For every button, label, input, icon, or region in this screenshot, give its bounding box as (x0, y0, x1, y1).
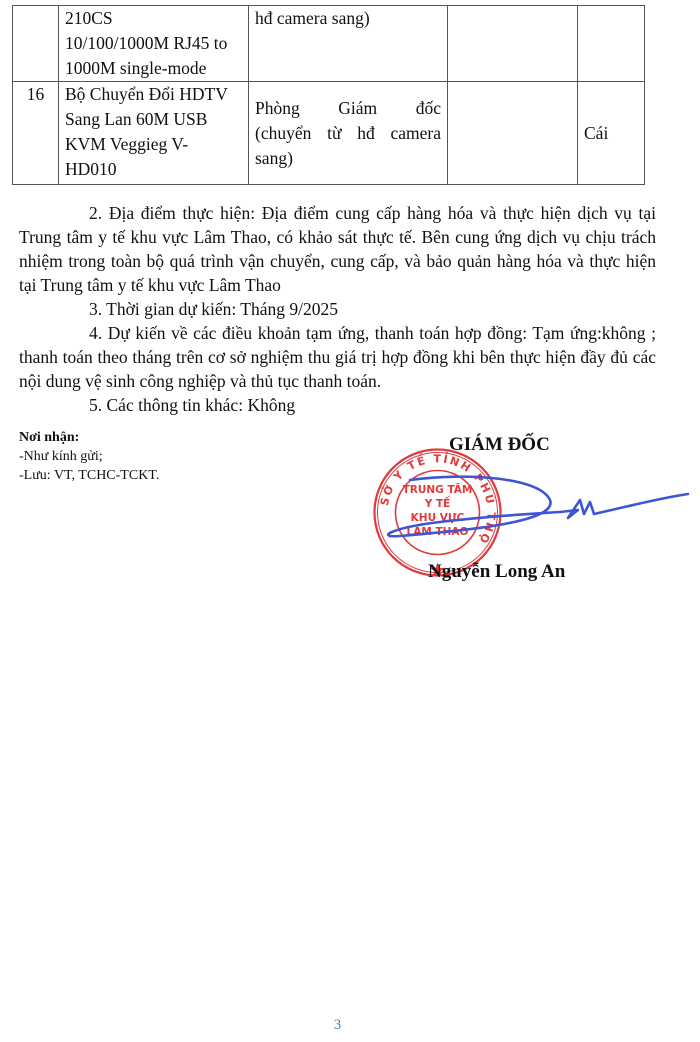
quantity-cell (448, 6, 578, 82)
location-cell: Phòng Giám đốc (chuyển từ hđ camera sang… (249, 82, 448, 185)
document-body: 2. Địa điểm thực hiện: Địa điểm cung cấp… (19, 201, 656, 417)
unit-cell (578, 6, 645, 82)
item-name-cell: Bộ Chuyển Đổi HDTV Sang Lan 60M USB KVM … (59, 82, 249, 185)
page-number: 3 (0, 1017, 675, 1034)
location-line: sang) (255, 146, 441, 171)
item-name-line: KVM Veggieg V- (65, 132, 242, 157)
stt-cell (13, 6, 59, 82)
item-name-line: Sang Lan 60M USB (65, 107, 242, 132)
location-line: Phòng Giám đốc (255, 96, 441, 121)
items-table: 210CS 10/100/1000M RJ45 to 1000M single-… (12, 5, 645, 185)
paragraph-payment-terms: 4. Dự kiến về các điều khoản tạm ứng, th… (19, 321, 656, 393)
location-line: hđ camera sang) (255, 6, 441, 31)
item-name-line: Bộ Chuyển Đổi HDTV (65, 82, 242, 107)
stt-cell: 16 (13, 82, 59, 185)
recipients-title: Nơi nhận: (19, 428, 159, 447)
location-line: (chuyển từ hđ camera (255, 121, 441, 146)
table-row: 16 Bộ Chuyển Đổi HDTV Sang Lan 60M USB K… (13, 82, 645, 185)
recipient-item: -Lưu: VT, TCHC-TCKT. (19, 466, 159, 485)
item-name-cell: 210CS 10/100/1000M RJ45 to 1000M single-… (59, 6, 249, 82)
item-name-line: 10/100/1000M RJ45 to (65, 31, 242, 56)
unit-cell: Cái (578, 82, 645, 185)
paragraph-location: 2. Địa điểm thực hiện: Địa điểm cung cấp… (19, 201, 656, 297)
paragraph-other-info: 5. Các thông tin khác: Không (19, 393, 656, 417)
item-name-line: HD010 (65, 157, 242, 182)
paragraph-schedule: 3. Thời gian dự kiến: Tháng 9/2025 (19, 297, 656, 321)
handwritten-signature-icon (380, 470, 690, 550)
table-row: 210CS 10/100/1000M RJ45 to 1000M single-… (13, 6, 645, 82)
recipients-block: Nơi nhận: -Như kính gửi; -Lưu: VT, TCHC-… (19, 428, 159, 485)
location-cell: hđ camera sang) (249, 6, 448, 82)
document-page: 210CS 10/100/1000M RJ45 to 1000M single-… (0, 0, 700, 1042)
item-name-line: 1000M single-mode (65, 56, 242, 81)
signer-name: Nguyễn Long An (428, 560, 565, 584)
item-name-line: 210CS (65, 6, 242, 31)
quantity-cell (448, 82, 578, 185)
recipient-item: -Như kính gửi; (19, 447, 159, 466)
